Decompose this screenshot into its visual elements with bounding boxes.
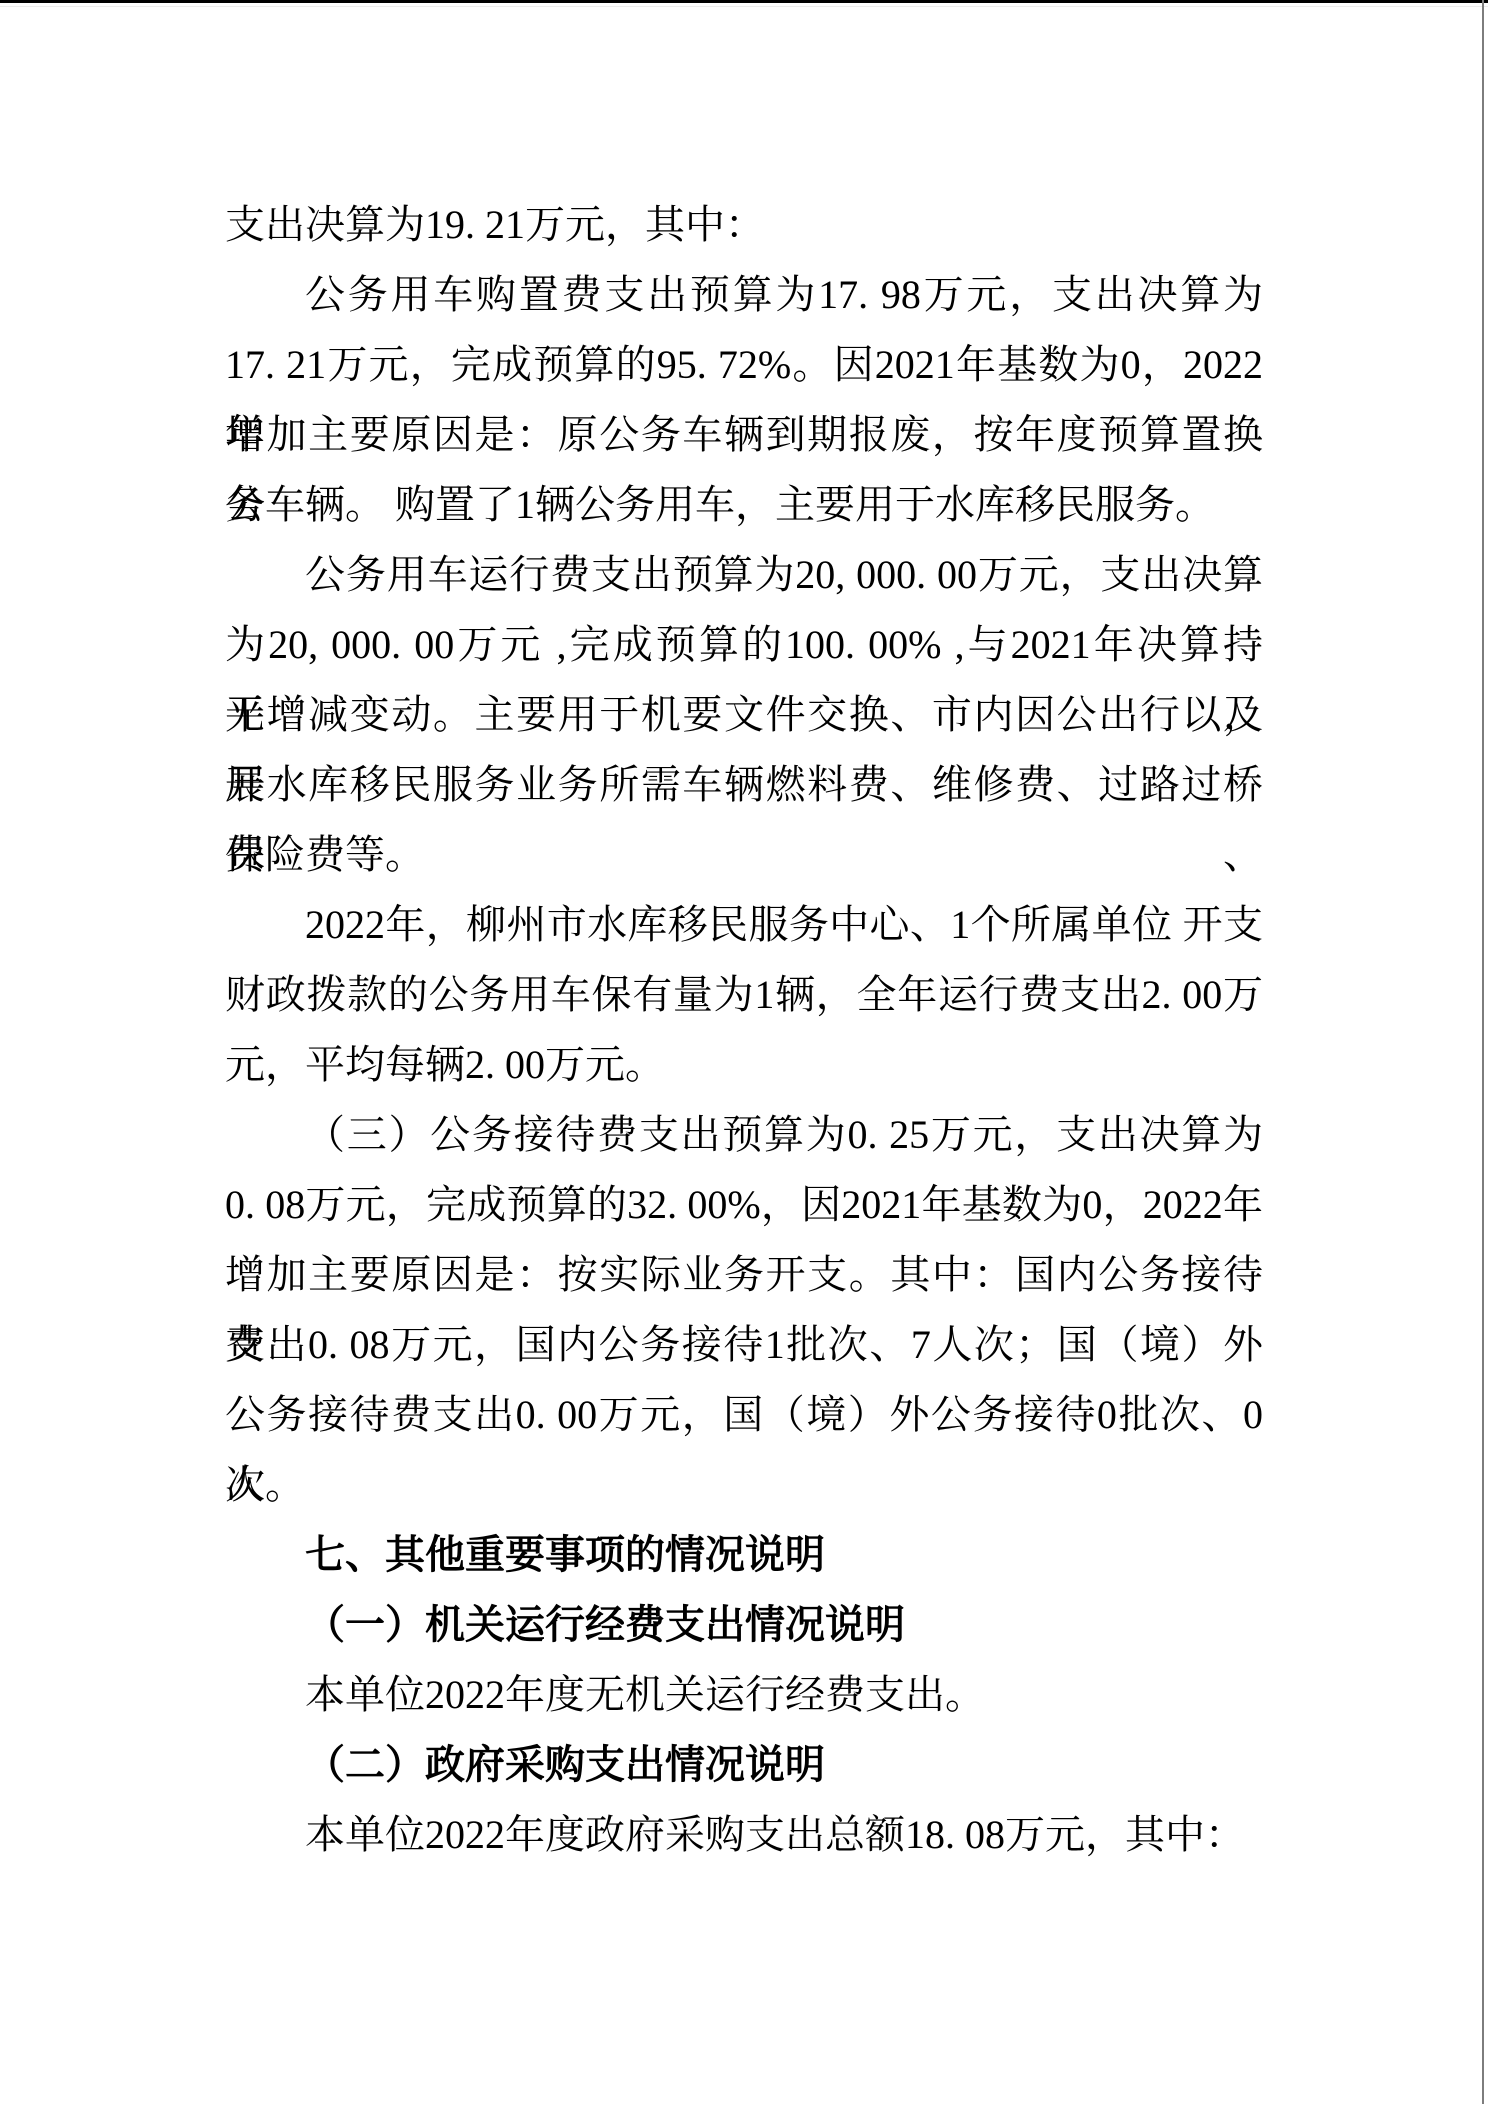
paragraph-line: 公务接待费支出0. 00万元，国（境）外公务接待0批次、0人	[225, 1380, 1263, 1450]
paragraph-line: 0. 08万元，完成预算的32. 00%，因2021年基数为0，2022年	[225, 1170, 1263, 1240]
section-heading: （二）政府采购支出情况说明	[225, 1730, 1263, 1800]
paragraph-line: 次。	[225, 1450, 1263, 1520]
paragraph-line: 本单位2022年度无机关运行经费支出。	[225, 1660, 1263, 1730]
section-heading: （一）机关运行经费支出情况说明	[225, 1590, 1263, 1660]
paragraph-line: （三）公务接待费支出预算为0. 25万元，支出决算为	[225, 1100, 1263, 1170]
paragraph-line: 务车辆。 购置了1辆公务用车，主要用于水库移民服务。	[225, 470, 1263, 540]
paragraph-line: 公务用车购置费支出预算为17. 98万元，支出决算为	[225, 260, 1263, 330]
paragraph-line: 支出决算为19. 21万元，其中：	[225, 190, 1263, 260]
paragraph-line: 为20, 000. 00万元 ,完成预算的100. 00% ,与2021年决算持…	[225, 610, 1263, 680]
document-text-block: 支出决算为19. 21万元，其中： 公务用车购置费支出预算为17. 98万元，支…	[225, 190, 1263, 1870]
paragraph-line: 支出0. 08万元，国内公务接待1批次、7人次；国（境）外	[225, 1310, 1263, 1380]
document-page: 支出决算为19. 21万元，其中： 公务用车购置费支出预算为17. 98万元，支…	[0, 0, 1488, 2104]
paragraph-line: 17. 21万元，完成预算的95. 72%。因2021年基数为0，2022年	[225, 330, 1263, 400]
window-right-border	[1482, 0, 1484, 2104]
paragraph-line: 展水库移民服务业务所需车辆燃料费、维修费、过路过桥费、	[225, 750, 1263, 820]
paragraph-line: 财政拨款的公务用车保有量为1辆，全年运行费支出2. 00万	[225, 960, 1263, 1030]
paragraph-line: 元，平均每辆2. 00万元。	[225, 1030, 1263, 1100]
paragraph-line: 增加主要原因是：按实际业务开支。其中：国内公务接待费	[225, 1240, 1263, 1310]
section-heading: 七、其他重要事项的情况说明	[225, 1520, 1263, 1590]
paragraph-line: 本单位2022年度政府采购支出总额18. 08万元，其中：	[225, 1800, 1263, 1870]
window-top-faint-line	[0, 6, 1488, 7]
paragraph-line: 增加主要原因是：原公务车辆到期报废，按年度预算置换公	[225, 400, 1263, 470]
paragraph-line: 公务用车运行费支出预算为20, 000. 00万元，支出决算	[225, 540, 1263, 610]
paragraph-line: 2022年，柳州市水库移民服务中心、1个所属单位 开支	[225, 890, 1263, 960]
window-top-border	[0, 0, 1488, 3]
paragraph-line: 无增减变动。主要用于机要文件交换、市内因公出行以及开	[225, 680, 1263, 750]
